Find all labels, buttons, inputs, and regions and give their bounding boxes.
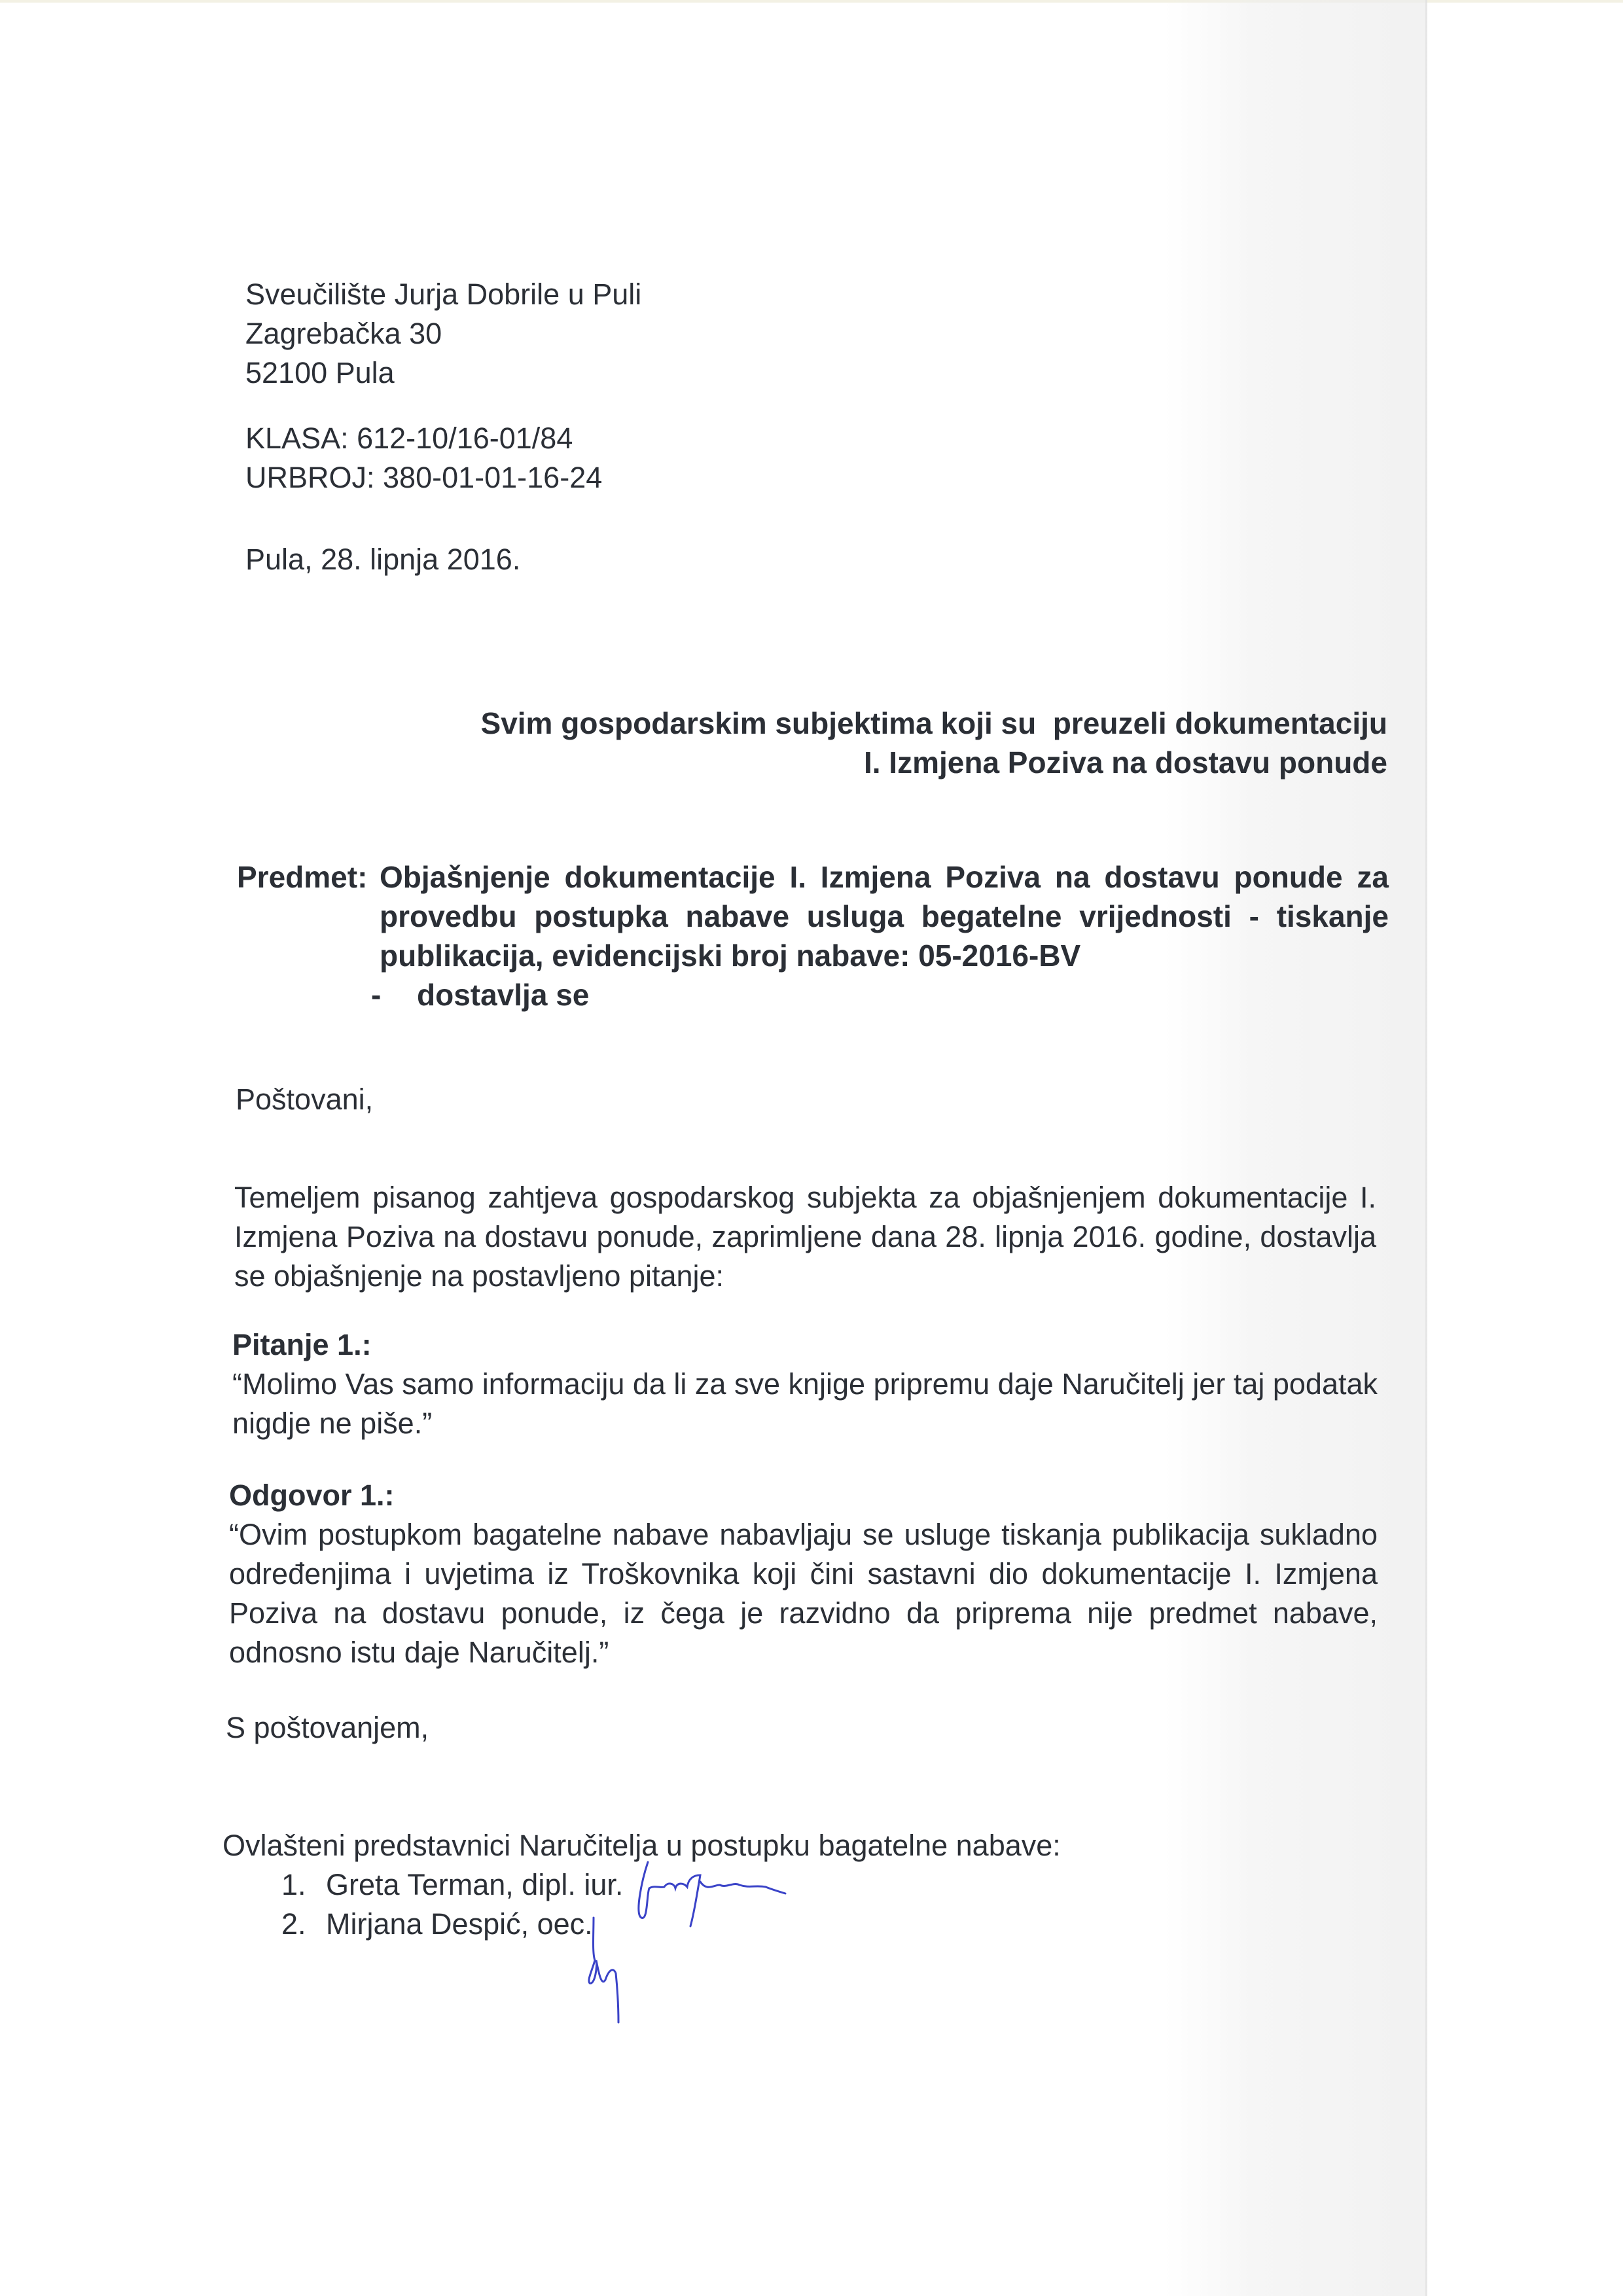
sender-address: Sveučilište Jurja Dobrile u Puli Zagreba… (245, 275, 641, 393)
recipient-line-1: Svim gospodarskim subjektima koji su pre… (481, 704, 1387, 743)
question-text: “Molimo Vas samo informaciju da li za sv… (232, 1365, 1378, 1443)
sender-city: 52100 Pula (245, 353, 641, 393)
recipient-line-2: I. Izmjena Poziva na dostavu ponude (481, 743, 1387, 782)
subject-text: Objašnjenje dokumentacije I. Izmjena Poz… (380, 857, 1389, 975)
subject-delivery: -dostavlja se (371, 975, 1389, 1014)
subject-label: Predmet: (237, 857, 367, 897)
intro-paragraph: Temeljem pisanog zahtjeva gospodarskog s… (234, 1178, 1376, 1296)
reference-numbers: KLASA: 612-10/16-01/84 URBROJ: 380-01-01… (245, 419, 602, 497)
greeting: Poštovani, (236, 1080, 373, 1119)
answer-text: “Ovim postupkom bagatelne nabave nabavlj… (229, 1515, 1378, 1672)
urbroj: URBROJ: 380-01-01-16-24 (245, 458, 602, 497)
sender-institution: Sveučilište Jurja Dobrile u Puli (245, 275, 641, 314)
klasa: KLASA: 612-10/16-01/84 (245, 419, 602, 458)
answer-title: Odgovor 1.: (229, 1476, 395, 1515)
scan-shading (1165, 0, 1427, 2296)
subject: Predmet: Objašnjenje dokumentacije I. Iz… (237, 857, 1389, 1014)
dash-bullet: - (371, 975, 417, 1014)
closing: S poštovanjem, (226, 1708, 429, 1748)
scan-fold-line (1425, 0, 1427, 2296)
sender-street: Zagrebačka 30 (245, 314, 641, 353)
signature-terman (628, 1856, 805, 1928)
date-line: Pula, 28. lipnja 2016. (245, 540, 520, 579)
subject-delivery-text: dostavlja se (417, 978, 589, 1012)
question-title: Pitanje 1.: (232, 1325, 372, 1365)
recipient: Svim gospodarskim subjektima koji su pre… (481, 704, 1387, 782)
signature-despic (579, 1914, 632, 2026)
